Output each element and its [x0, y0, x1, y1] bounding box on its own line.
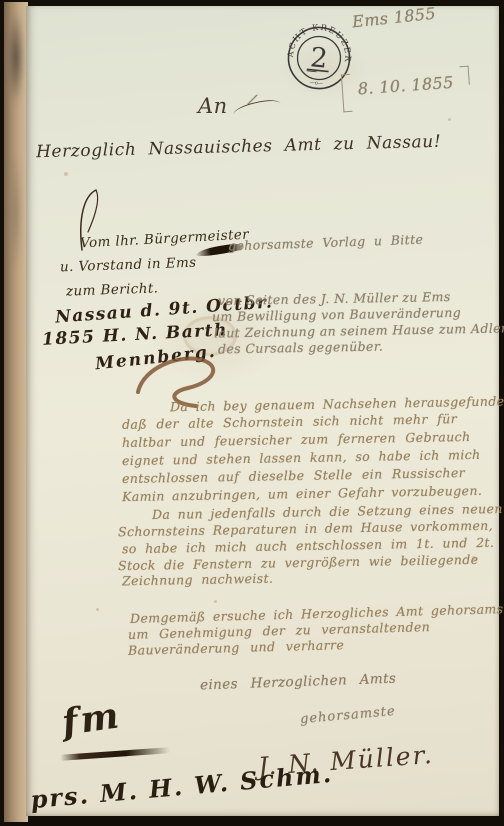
foxing-spot	[448, 118, 451, 121]
binding-smudge	[10, 152, 22, 272]
scanned-letter-page: ACHT KREUZER 2 —o— Ems 1855 8. 10. 1855 …	[0, 0, 504, 826]
foxing-spot	[64, 172, 68, 176]
annotation-line-5: des Cursaals gegenüber.	[218, 339, 383, 357]
book-binding-edge	[4, 2, 28, 822]
docket-line-3: zum Bericht.	[66, 280, 159, 299]
body-p2-line-5: Zeichnung nachweist.	[122, 571, 274, 589]
foxing-spot	[96, 608, 99, 611]
salutation: An	[198, 94, 228, 118]
franking-mark: fm	[59, 694, 124, 744]
right-bracket	[460, 66, 470, 86]
binding-smudge	[8, 10, 24, 105]
foxing-spot	[214, 600, 217, 603]
stamp-ornament: —o—	[310, 80, 324, 87]
